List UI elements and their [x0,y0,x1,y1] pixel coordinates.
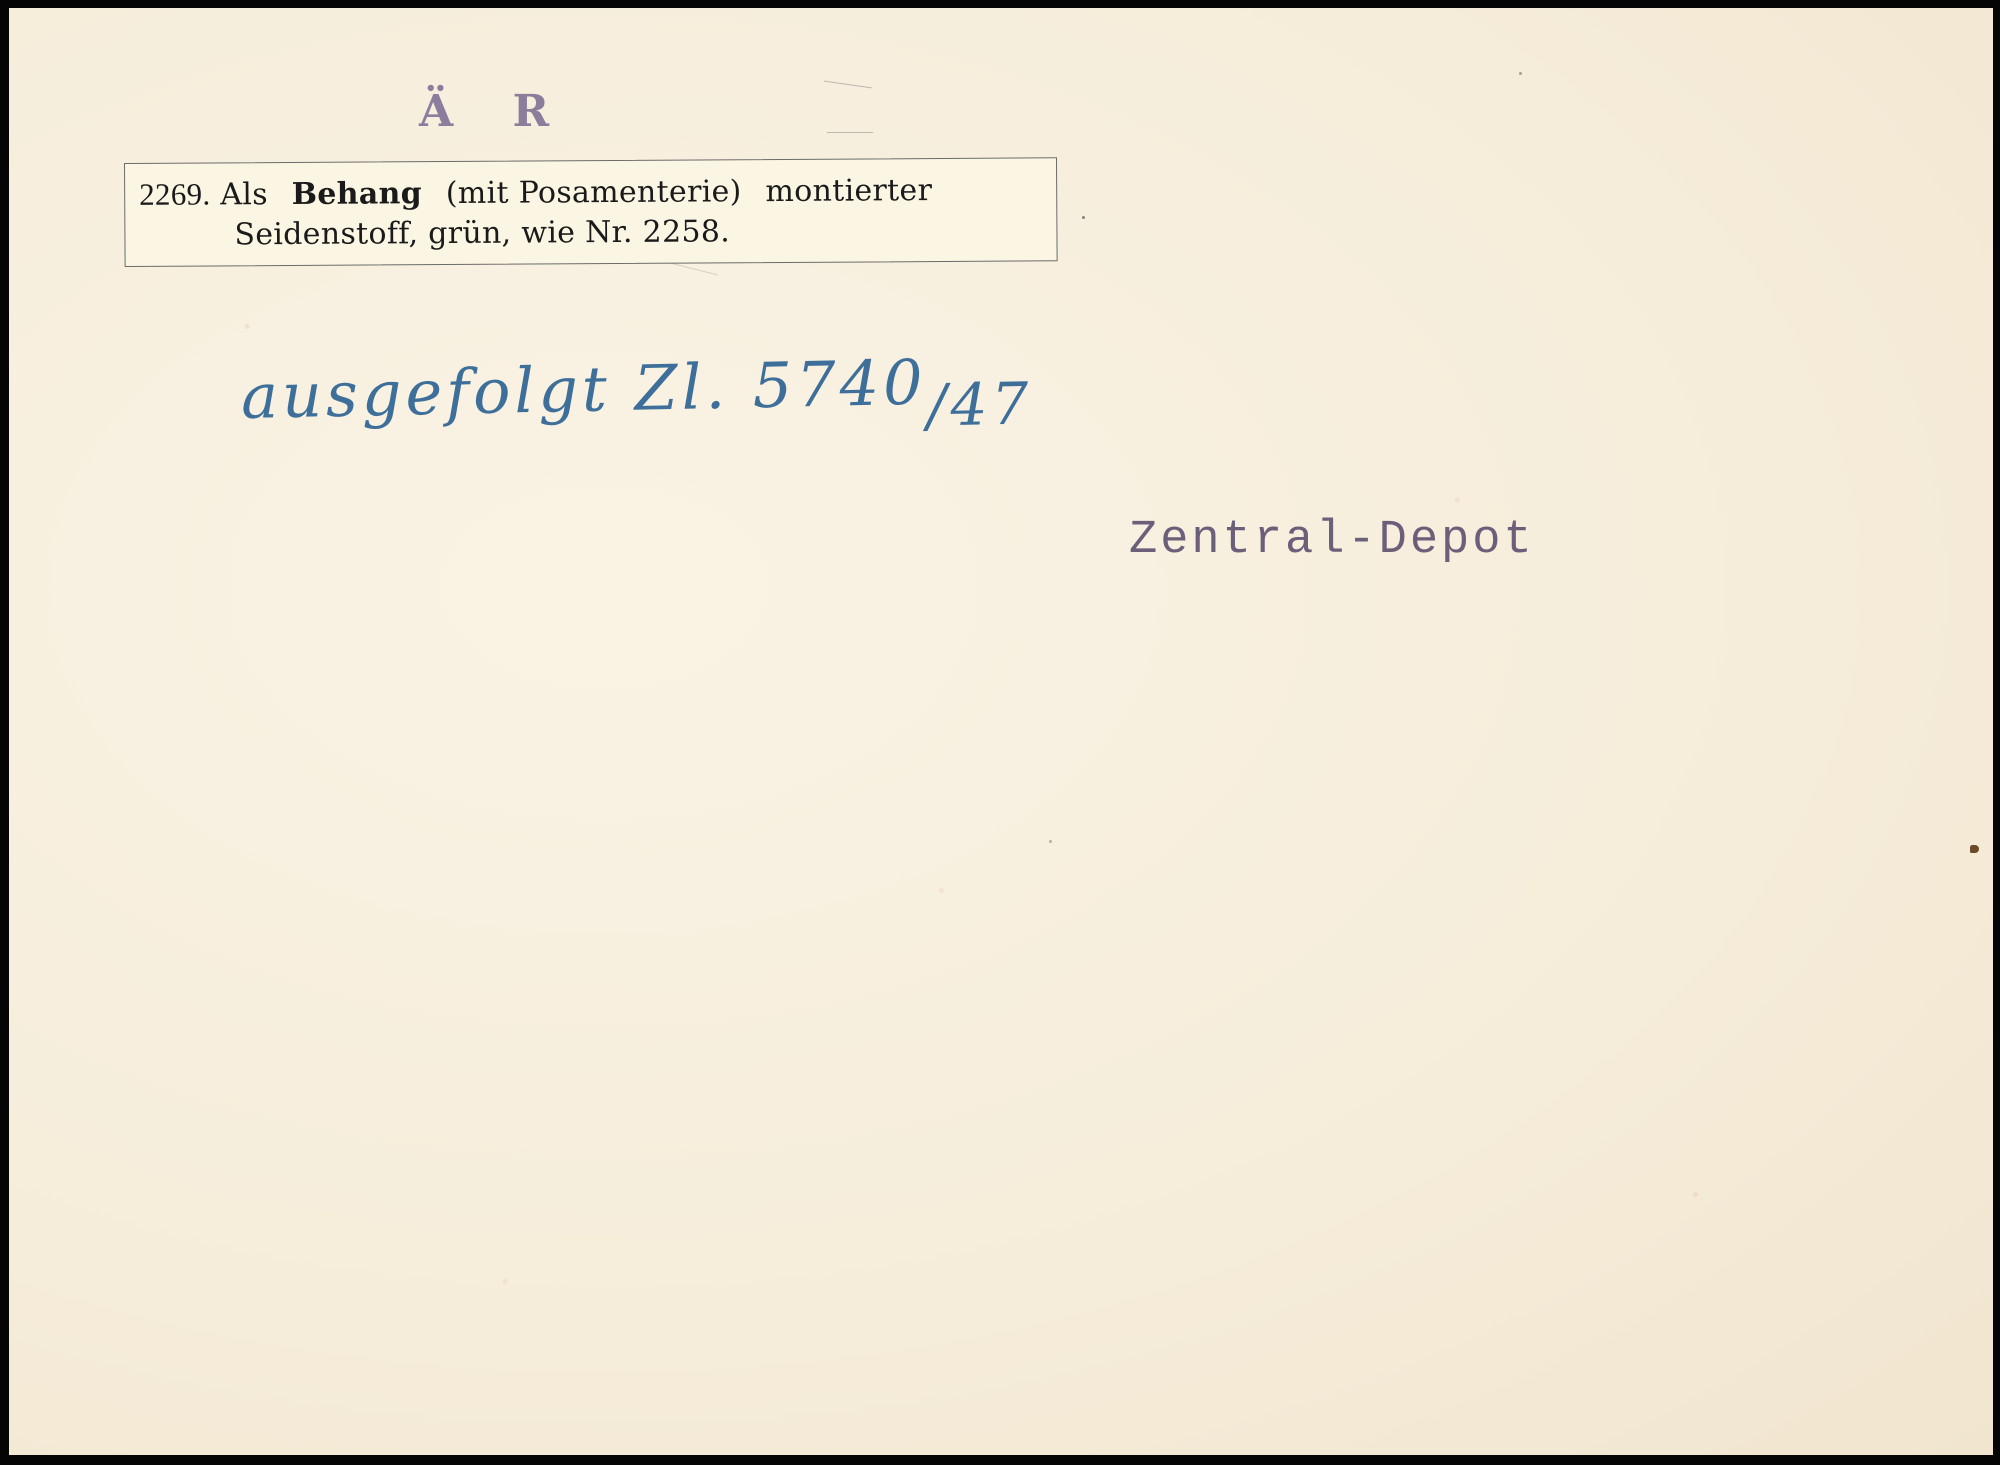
label-word: montierter [765,173,932,209]
stamp-ar: Ä R [419,86,571,137]
index-card: Ä R 2269. Als Behang (mit Posamenterie) … [9,8,1993,1455]
handwritten-note: ausgefolgt Zl. 5740/47 [240,343,1032,433]
stamp-zentral-depot: Zentral-Depot [1129,514,1535,567]
faint-mark [824,81,872,89]
label-word: (mit Posamenterie) [446,174,742,211]
label-word: Als [220,177,268,212]
handwritten-year: /47 [926,369,1033,439]
label-line-2: Seidenstoff, grün, wie Nr. 2258. [139,210,1056,256]
ink-dot [1049,840,1052,843]
faint-mark [827,132,873,133]
catalog-number: 2269. [139,176,210,211]
ink-dot [1082,216,1085,219]
paper-speck [1970,845,1979,853]
ink-dot [1519,72,1522,75]
handwritten-text: ausgefolgt Zl. 5740 [240,346,927,433]
printed-label: 2269. Als Behang (mit Posamenterie) mont… [124,157,1058,267]
label-word-bold: Behang [292,176,423,212]
label-line-1: 2269. Als Behang (mit Posamenterie) mont… [139,169,1056,216]
